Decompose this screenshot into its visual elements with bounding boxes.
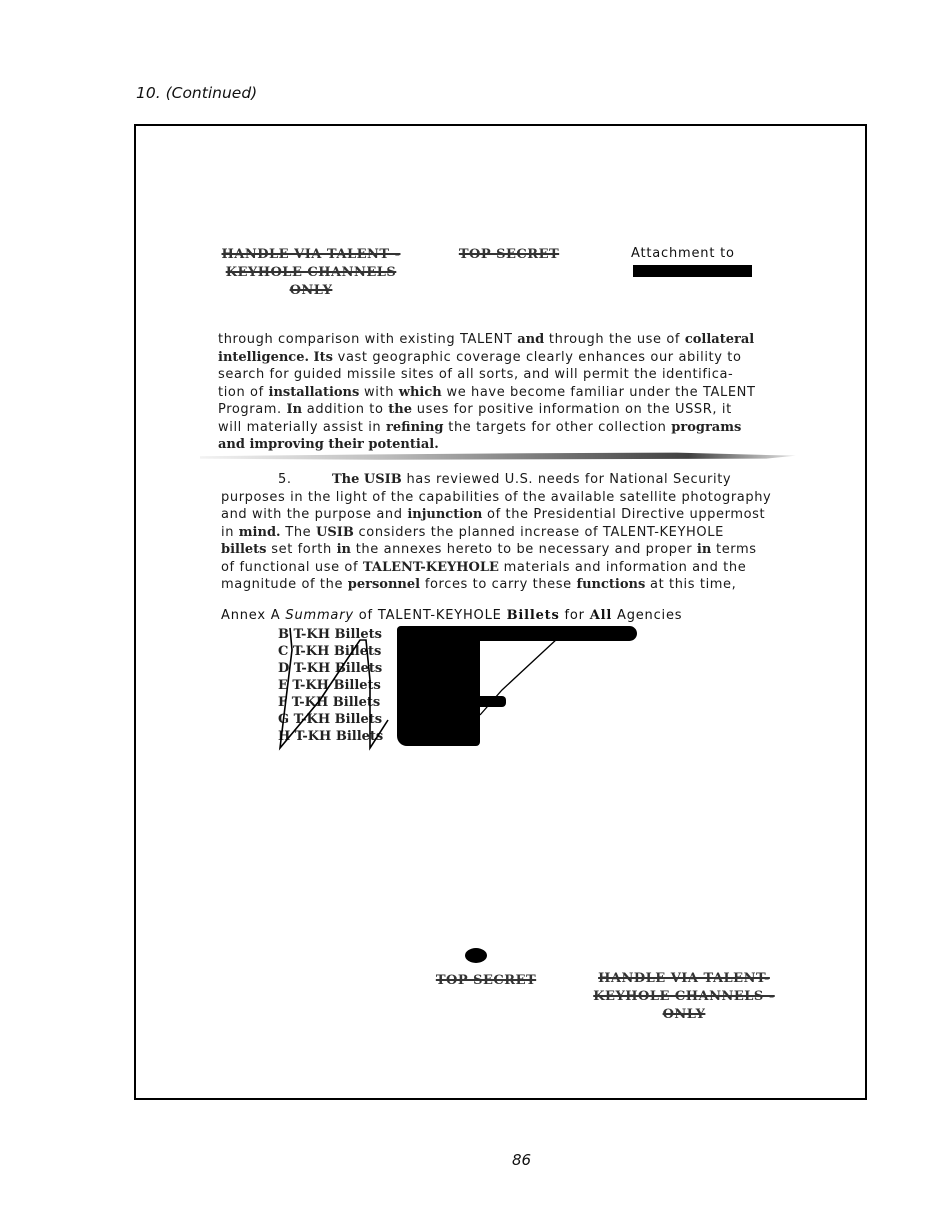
text-line: search for guided missile sites of all s… [218, 366, 798, 384]
text-line: billets set forth in the annexes hereto … [221, 541, 801, 559]
text-line: Program. In addition to the uses for pos… [218, 401, 798, 419]
stamp-line: KEYHOLE CHANNELS [218, 264, 404, 282]
text-line: tion of installations with which we have… [218, 384, 798, 402]
paragraph-continued: through comparison with existing TALENT … [218, 331, 798, 454]
attachment-label: Attachment to [631, 246, 735, 261]
handwritten-strike-mark [270, 620, 570, 760]
handling-caveat-stamp-top: HANDLE VIA TALENT - KEYHOLE CHANNELS ONL… [218, 246, 404, 300]
classification-stamp-bottom: TOP SECRET [428, 972, 544, 990]
stamp-line: ONLY [590, 1006, 778, 1024]
handling-caveat-stamp-bottom: HANDLE VIA TALENT- KEYHOLE CHANNELS - ON… [590, 970, 778, 1024]
text-line: and with the purpose and injunction of t… [221, 506, 801, 524]
redaction-bar [633, 265, 752, 277]
stamp-line: ONLY [218, 282, 404, 300]
paragraph-number: 5. [278, 471, 332, 489]
stamp-line: HANDLE VIA TALENT- [590, 970, 778, 988]
text-line: through comparison with existing TALENT … [218, 331, 798, 349]
text-line: and improving their potential. [218, 436, 798, 454]
stamp-line: KEYHOLE CHANNELS - [590, 988, 778, 1006]
stamp-line: HANDLE VIA TALENT - [218, 246, 404, 264]
text-line: 5.The USIB has reviewed U.S. needs for N… [221, 471, 801, 489]
redaction-dot [465, 948, 487, 963]
classification-stamp-top: TOP SECRET [452, 246, 566, 264]
section-heading: 10. (Continued) [136, 84, 257, 102]
annex-all: All [590, 608, 612, 623]
text-line: purposes in the light of the capabilitie… [221, 489, 801, 507]
page-number: 86 [512, 1151, 531, 1169]
annex-agencies: Agencies [612, 608, 682, 623]
text-line: magnitude of the personnel forces to car… [221, 576, 801, 594]
text-line: in mind. The USIB considers the planned … [221, 524, 801, 542]
text-line: will materially assist in refining the t… [218, 419, 798, 437]
paragraph-5: 5.The USIB has reviewed U.S. needs for N… [221, 471, 801, 594]
text-line: intelligence. Its vast geographic covera… [218, 349, 798, 367]
text-line: of functional use of TALENT-KEYHOLE mate… [221, 559, 801, 577]
